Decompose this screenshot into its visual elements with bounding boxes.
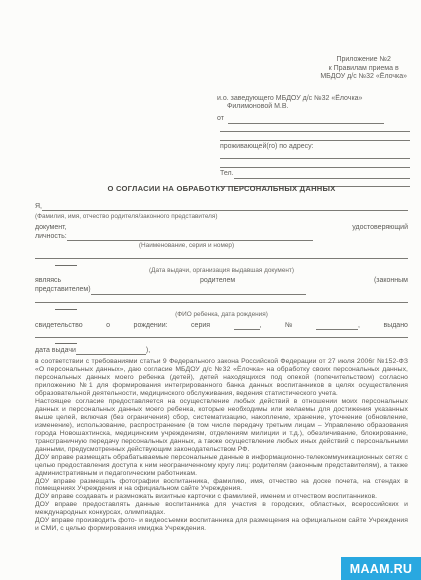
series-blank-line bbox=[234, 321, 260, 330]
document-title: О СОГЛАСИИ НА ОБРАБОТКУ ПЕРСОНАЛЬНЫХ ДАН… bbox=[35, 184, 408, 193]
i-label: Я, bbox=[35, 203, 42, 211]
blank-line-stub bbox=[55, 308, 77, 310]
close-paren: ), bbox=[146, 347, 150, 355]
cert-word: свидетельство bbox=[35, 322, 83, 330]
appendix-line: МБДОУ д/с №32 «Ёлочка» bbox=[320, 73, 407, 82]
from-label: от bbox=[217, 115, 224, 123]
legal-text: в соответствии с требованиями статьи 9 Ф… bbox=[35, 358, 408, 533]
body-paragraph: в соответствии с требованиями статьи 9 Ф… bbox=[35, 358, 408, 398]
issue-date-label: дата выдачи bbox=[35, 347, 76, 355]
blank-line bbox=[220, 132, 410, 140]
appendix-line: к Правилам приема в bbox=[320, 65, 407, 74]
representative-label: представителем) bbox=[35, 286, 91, 294]
phone-label: Тел. bbox=[220, 170, 234, 178]
fio-blank-line bbox=[42, 202, 408, 211]
cert-word: серия bbox=[191, 322, 210, 330]
representative-blank-line bbox=[91, 286, 306, 295]
issue-date-blank-line bbox=[76, 346, 146, 355]
comma: , bbox=[260, 322, 262, 330]
blank-line bbox=[220, 124, 410, 132]
addressee-line: Филимоновой М.В. bbox=[217, 103, 410, 111]
scanned-consent-document: Приложение №2 к Правилам приема в МБДОУ … bbox=[0, 0, 421, 580]
birth-certificate-row: свидетельство о рождении: серия , № , вы… bbox=[35, 321, 408, 330]
cert-word: выдано bbox=[383, 322, 408, 330]
identity-blank-line bbox=[67, 232, 313, 241]
body-paragraph: ДОУ вправе размещать обрабатываемые перс… bbox=[35, 454, 408, 478]
fio-hint: (Фамилия, имя, отчество родителя/законно… bbox=[35, 213, 408, 221]
blank-line bbox=[228, 115, 384, 124]
document-label: документ, bbox=[35, 224, 67, 232]
body-paragraph: ДОУ вправе размещать фотографии воспитан… bbox=[35, 478, 408, 494]
parent-label: родителем bbox=[200, 277, 235, 285]
body-paragraph: Настоящее согласие предоставляется на ос… bbox=[35, 398, 408, 454]
cert-word: о bbox=[106, 322, 110, 330]
blank-line bbox=[234, 170, 410, 179]
identity-label: личность: bbox=[35, 233, 67, 241]
consent-form: Я, (Фамилия, имя, отчество родителя/зако… bbox=[35, 193, 408, 533]
doc-number-hint: (Наименование, серия и номер) bbox=[35, 242, 408, 250]
issue-hint: (Дата выдачи, организация выдавшая докум… bbox=[35, 267, 408, 275]
appendix-line: Приложение №2 bbox=[320, 56, 407, 65]
appendix-note: Приложение №2 к Правилам приема в МБДОУ … bbox=[320, 56, 407, 82]
legal-open-label: (законным bbox=[374, 277, 408, 285]
blank-line bbox=[220, 151, 410, 159]
blank-line bbox=[35, 257, 408, 259]
body-paragraph: ДОУ вправе предоставлять данные воспитан… bbox=[35, 501, 408, 517]
cert-word: № bbox=[285, 322, 293, 330]
cert-word: рождении: bbox=[134, 322, 168, 330]
blank-line bbox=[35, 336, 408, 338]
blank-line bbox=[35, 301, 408, 303]
certifying-label: удостоверяющий bbox=[352, 224, 408, 232]
blank-line-stub bbox=[55, 264, 77, 266]
maam-watermark: MAAM.RU bbox=[341, 557, 421, 580]
child-hint: (ФИО ребенка, дата рождения) bbox=[35, 311, 408, 319]
address-label: проживающей(го) по адресу: bbox=[217, 143, 410, 151]
body-paragraph: ДОУ вправе производить фото- и видеосъем… bbox=[35, 517, 408, 533]
blank-line bbox=[220, 159, 410, 167]
addressee-block: и.о. заведующего МБДОУ д/с №32 «Ёлочка» … bbox=[217, 95, 410, 187]
number-blank-line bbox=[316, 321, 358, 330]
blank-line-stub bbox=[55, 342, 77, 344]
comma: , bbox=[358, 322, 360, 330]
being-label: являясь bbox=[35, 277, 61, 285]
